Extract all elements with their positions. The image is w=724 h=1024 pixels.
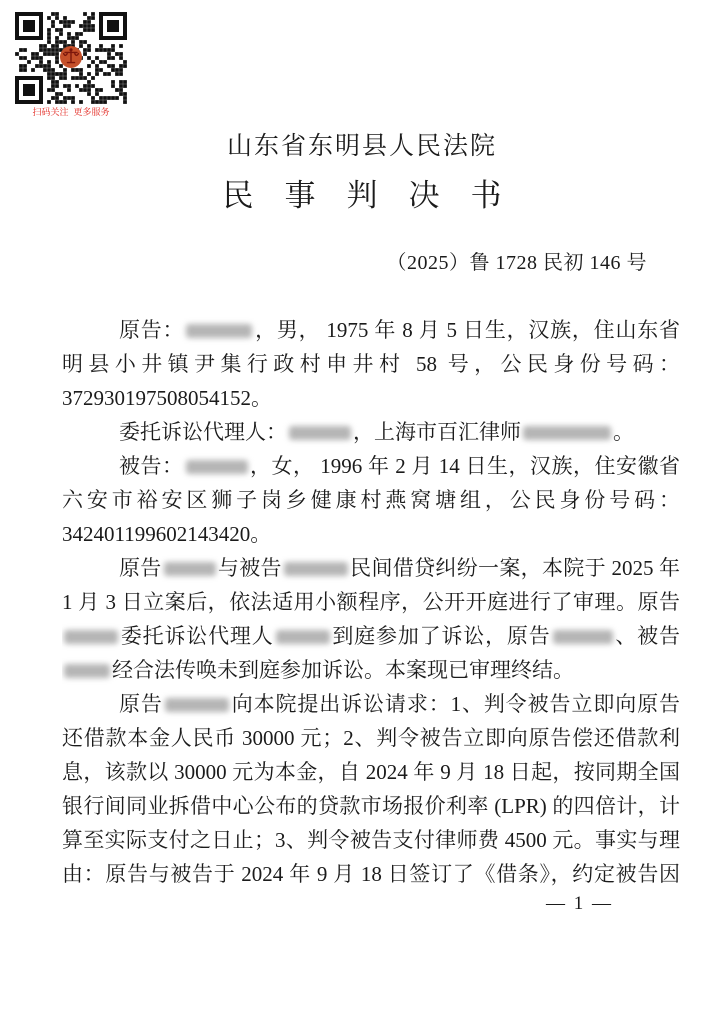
document-body: 原告：，男， 1975 年 8 月 5 日生，汉族，住山东省东明县小井镇尹集行政… <box>62 313 680 891</box>
document-type-title: 民事判决书 <box>0 170 724 215</box>
court-emblem-icon <box>59 45 83 69</box>
body-line: 委托诉讼代理人到庭参加了诉讼，原告、被告 <box>62 619 680 653</box>
body-line: 被告：，女， 1996 年 2 月 14 日生，汉族，住安徽省 <box>62 449 680 483</box>
body-line: 银行间同业拆借中心公布的贷款市场报价利率 (LPR) 的四倍计，计 <box>62 789 680 823</box>
body-line: 息，该款以 30000 元为本金，自 2024 年 9 月 18 日起，按同期全… <box>62 755 680 789</box>
court-name: 山东省东明县人民法院 <box>0 126 724 162</box>
redacted-text <box>186 460 248 474</box>
qr-block: 扫码关注 更多服务 <box>15 12 127 117</box>
body-line: 372930197508054152。 <box>62 381 680 415</box>
redacted-text <box>284 562 348 576</box>
body-line: 明县小井镇尹集行政村申井村 58 号，公民身份号码： <box>62 347 680 381</box>
body-line: 342401199602143420。 <box>62 517 680 551</box>
body-line: 由：原告与被告于 2024 年 9 月 18 日签订了《借条》，约定被告因 <box>62 857 680 891</box>
redacted-text <box>553 630 613 644</box>
redacted-text <box>64 664 110 678</box>
body-line: 原告与被告民间借贷纠纷一案，本院于 2025 年 <box>62 551 680 585</box>
body-line: 六安市裕安区狮子岗乡健康村燕窝塘组，公民身份号码： <box>62 483 680 517</box>
body-line: 原告：，男， 1975 年 8 月 5 日生，汉族，住山东省东 <box>62 313 680 347</box>
redacted-text <box>186 324 252 338</box>
redacted-text <box>276 630 330 644</box>
body-line: 还借款本金人民币 30000 元；2、判令被告立即向原告偿还借款利 <box>62 721 680 755</box>
case-number: （2025）鲁 1728 民初 146 号 <box>387 246 648 275</box>
body-line: 经合法传唤未到庭参加诉讼。本案现已审理终结。 <box>62 653 680 687</box>
redacted-text <box>165 698 229 712</box>
redacted-text <box>164 562 216 576</box>
redacted-text <box>523 426 611 440</box>
body-line: 委托诉讼代理人：，上海市百汇律师。 <box>62 415 680 449</box>
page-number: — 1 — <box>546 893 613 915</box>
qr-caption: 扫码关注 更多服务 <box>15 107 127 117</box>
redacted-text <box>64 630 118 644</box>
body-line: 1 月 3 日立案后，依法适用小额程序，公开开庭进行了审理。原告 <box>62 585 680 619</box>
judgment-page: 扫码关注 更多服务 山东省东明县人民法院 民事判决书 （2025）鲁 1728 … <box>0 0 724 1024</box>
body-line: 原告向本院提出诉讼请求：1、判令被告立即向原告偿 <box>62 687 680 721</box>
redacted-text <box>289 426 351 440</box>
body-line: 算至实际支付之日止；3、判令被告支付律师费 4500 元。事实与理 <box>62 823 680 857</box>
